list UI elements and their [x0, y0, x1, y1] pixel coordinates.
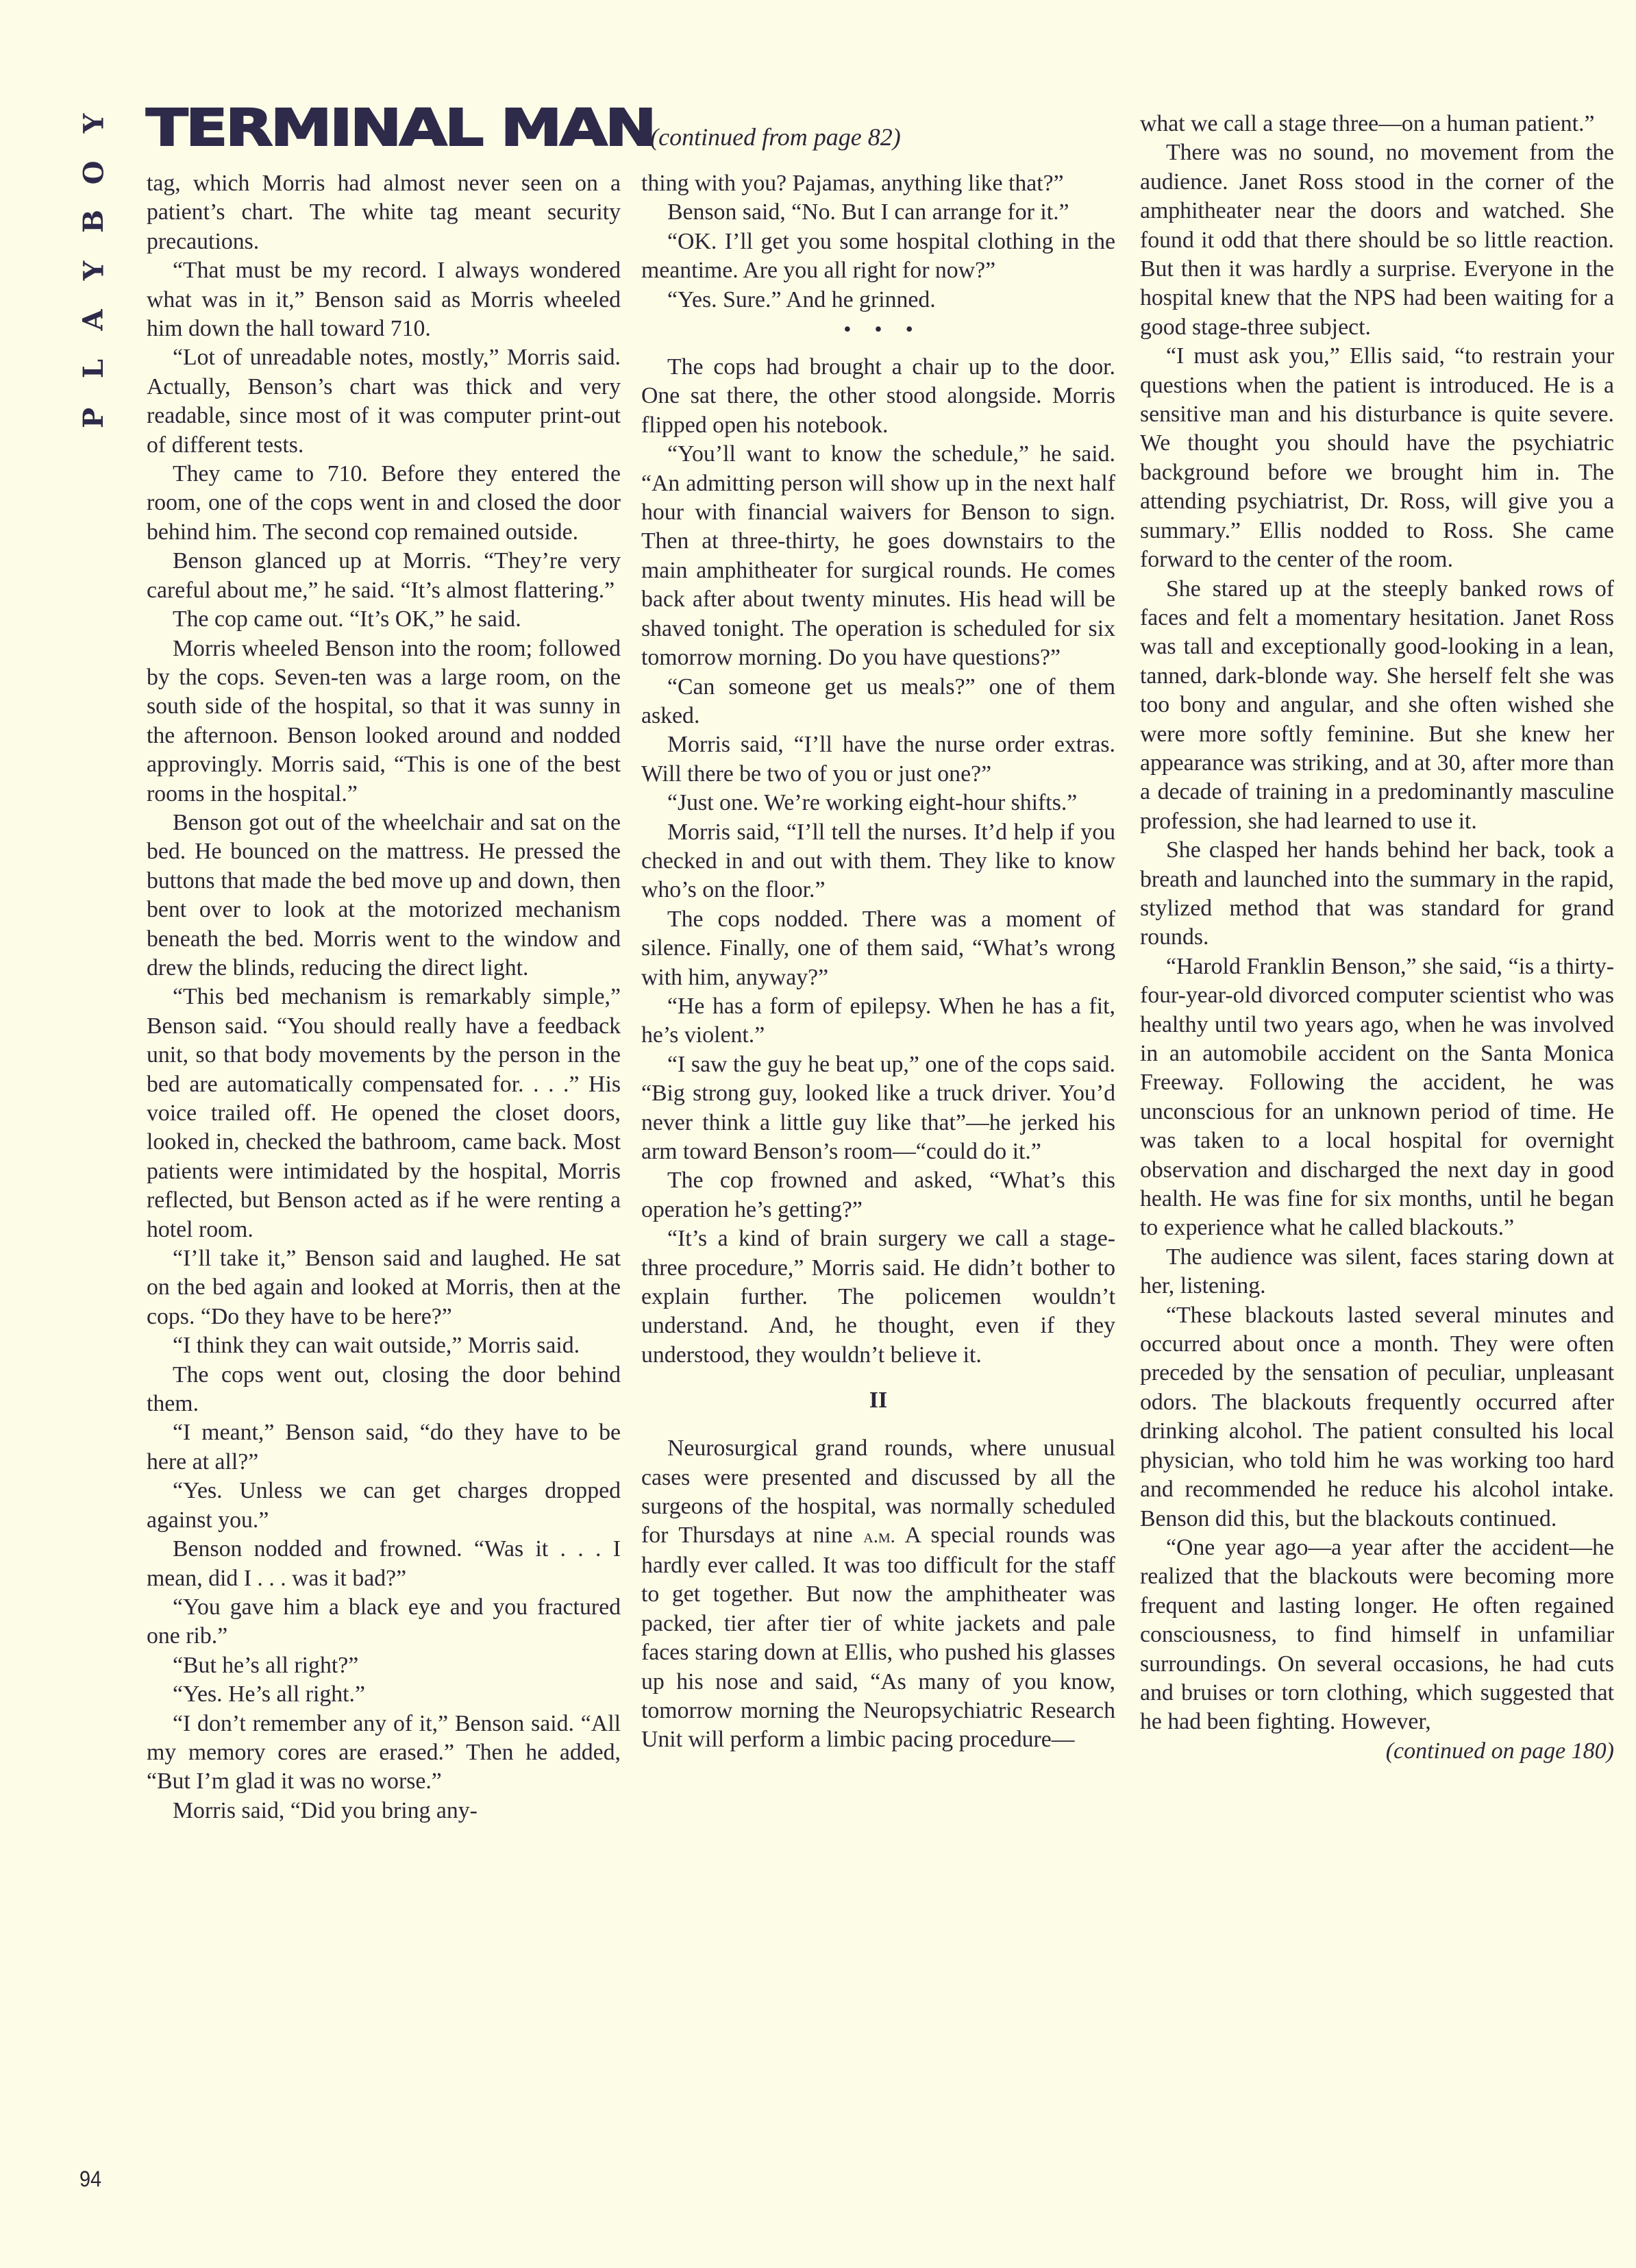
paragraph: “You’ll want to know the schedule,” he s…	[641, 440, 1115, 672]
paragraph: “He has a form of epilepsy. When he has …	[641, 992, 1115, 1050]
paragraph: “I meant,” Benson said, “do they have to…	[147, 1418, 621, 1477]
paragraph: “I think they can wait outside,” Mor­ris…	[147, 1331, 621, 1360]
magazine-side-label: PLAYBOY	[77, 110, 111, 432]
paragraph: “Lot of unreadable notes, mostly,” Morri…	[147, 343, 621, 460]
paragraph: Benson glanced up at Morris. “They’re ve…	[147, 547, 621, 605]
side-label-letter: P	[80, 408, 108, 428]
paragraph: Morris said, “I’ll have the nurse order …	[641, 730, 1115, 789]
paragraph: “One year ago—a year after the acci­dent…	[1140, 1533, 1614, 1737]
continued-from-note: (continued from page 82)	[650, 123, 901, 151]
chapter-heading: II	[641, 1386, 1115, 1415]
paragraph: Neurosurgical grand rounds, where un­usu…	[641, 1434, 1115, 1754]
paragraph: “Can someone get us meals?” one of them …	[641, 673, 1115, 731]
paragraph: She stared up at the steeply banked rows…	[1140, 575, 1614, 837]
paragraph: Morris said, “Did you bring any-	[147, 1797, 621, 1825]
paragraph: Benson nodded and frowned. “Was it . . .…	[147, 1535, 621, 1593]
paragraph: The cop frowned and asked, “What’s this …	[641, 1166, 1115, 1224]
side-label-letter: L	[80, 359, 108, 378]
paragraph: “But he’s all right?”	[147, 1651, 621, 1680]
paragraph: “OK. I’ll get you some hospital cloth­in…	[641, 227, 1115, 286]
paragraph: They came to 710. Before they en­tered t…	[147, 460, 621, 547]
paragraph: The cop came out. “It’s OK,” he said.	[147, 605, 621, 634]
paragraph: Benson got out of the wheelchair and sat…	[147, 809, 621, 983]
paragraph: “Just one. We’re working eight-hour shif…	[641, 789, 1115, 817]
paragraph: The cops had brought a chair up to the d…	[641, 353, 1115, 440]
paragraph: Morris said, “I’ll tell the nurses. It’d…	[641, 818, 1115, 905]
paragraph: The cops nodded. There was a mo­ment of …	[641, 905, 1115, 992]
paragraph: She clasped her hands behind her back, t…	[1140, 836, 1614, 952]
continued-on-link[interactable]: (continued on page 180)	[1140, 1737, 1614, 1766]
side-label-letter: A	[80, 309, 108, 330]
paragraph: The cops went out, closing the door behi…	[147, 1361, 621, 1419]
side-label-letter: B	[80, 210, 108, 233]
page-number: 94	[79, 2167, 101, 2192]
paragraph: tag, which Morris had almost never seen …	[147, 169, 621, 256]
paragraph: what we call a stage three—on a human pa…	[1140, 110, 1614, 138]
paragraph: “You gave him a black eye and you fractu…	[147, 1593, 621, 1651]
section-break-dots: •••	[641, 315, 1115, 343]
paragraph: “That must be my record. I always wonder…	[147, 256, 621, 343]
paragraph: “This bed mechanism is remarkably simple…	[147, 983, 621, 1244]
paragraph: The audience was silent, faces staring d…	[1140, 1243, 1614, 1301]
paragraph: “Yes. He’s all right.”	[147, 1680, 621, 1709]
paragraph: “Yes. Unless we can get charges dropped …	[147, 1477, 621, 1535]
paragraph: Morris wheeled Benson into the room; fol…	[147, 634, 621, 809]
paragraph: “I don’t remember any of it,” Benson sai…	[147, 1710, 621, 1797]
text-column-1: tag, which Morris had almost never seen …	[147, 169, 621, 1825]
paragraph: “I must ask you,” Ellis said, “to re­str…	[1140, 342, 1614, 574]
paragraph: There was no sound, no movement from the…	[1140, 138, 1614, 342]
paragraph: “It’s a kind of brain surgery we call a …	[641, 1224, 1115, 1370]
text-column-2: thing with you? Pajamas, anything like t…	[641, 169, 1115, 1755]
paragraph: “Harold Franklin Benson,” she said, “is …	[1140, 952, 1614, 1243]
paragraph: “I saw the guy he beat up,” one of the c…	[641, 1050, 1115, 1167]
paragraph: thing with you? Pajamas, anything like t…	[641, 169, 1115, 198]
paragraph: “I’ll take it,” Benson said and laughed.…	[147, 1244, 621, 1331]
article-header: TERMINAL MAN (continued from page 82)	[146, 103, 901, 153]
side-label-letter: O	[80, 160, 108, 184]
article-title: TERMINAL MAN	[146, 103, 654, 153]
paragraph: “These blackouts lasted several min­utes…	[1140, 1301, 1614, 1533]
text-column-3: what we call a stage three—on a human pa…	[1140, 110, 1614, 1766]
side-label-letter: Y	[80, 114, 108, 134]
paragraph: Benson said, “No. But I can arrange for …	[641, 198, 1115, 227]
side-label-letter: Y	[80, 261, 108, 281]
paragraph: “Yes. Sure.” And he grinned.	[641, 286, 1115, 315]
